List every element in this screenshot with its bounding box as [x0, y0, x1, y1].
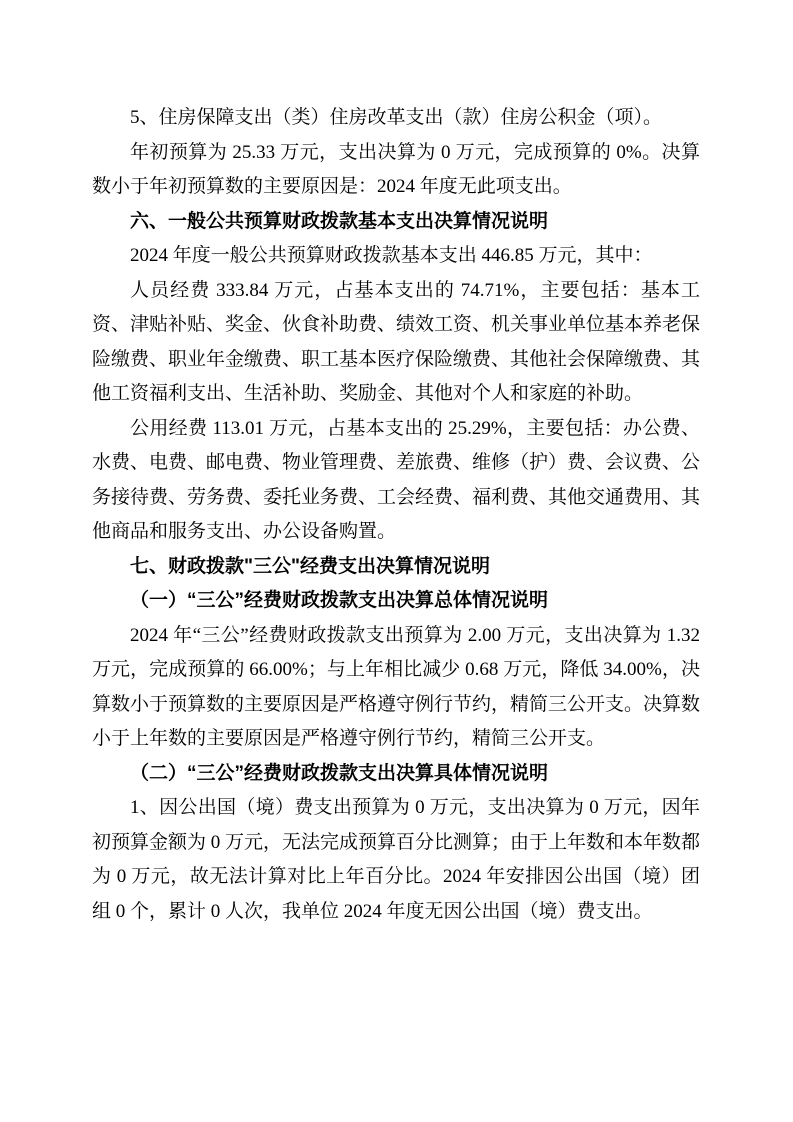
heading-section-6-basic-expenditure: 六、一般公共预算财政拨款基本支出决算情况说明	[92, 205, 700, 240]
paragraph-overseas-travel-expense: 1、因公出国（境）费支出预算为 0 万元，支出决算为 0 万元，因年初预算金额为…	[92, 791, 700, 929]
paragraph-basic-expenditure-total: 2024 年度一般公共预算财政拨款基本支出 446.85 万元，其中：	[92, 239, 700, 274]
paragraph-housing-budget-detail: 年初预算为 25.33 万元，支出决算为 0 万元，完成预算的 0%。决算数小于…	[92, 136, 700, 205]
document-body: 5、住房保障支出（类）住房改革支出（款）住房公积金（项）。 年初预算为 25.3…	[92, 101, 700, 929]
paragraph-personnel-expenses: 人员经费 333.84 万元，占基本支出的 74.71%，主要包括：基本工资、津…	[92, 274, 700, 412]
heading-subsection-2-specific: （二）“三公”经费财政拨款支出决算具体情况说明	[92, 757, 700, 792]
paragraph-housing-security-item: 5、住房保障支出（类）住房改革支出（款）住房公积金（项）。	[92, 101, 700, 136]
paragraph-three-public-overall: 2024 年“三公”经费财政拨款支出预算为 2.00 万元，支出决算为 1.32…	[92, 619, 700, 757]
paragraph-public-expenses: 公用经费 113.01 万元，占基本支出的 25.29%，主要包括：办公费、水费…	[92, 412, 700, 550]
heading-section-7-three-public-funds: 七、财政拨款"三公"经费支出决算情况说明	[92, 550, 700, 585]
heading-subsection-1-overall: （一）“三公”经费财政拨款支出决算总体情况说明	[92, 584, 700, 619]
document-page: 5、住房保障支出（类）住房改革支出（款）住房公积金（项）。 年初预算为 25.3…	[0, 0, 793, 1122]
